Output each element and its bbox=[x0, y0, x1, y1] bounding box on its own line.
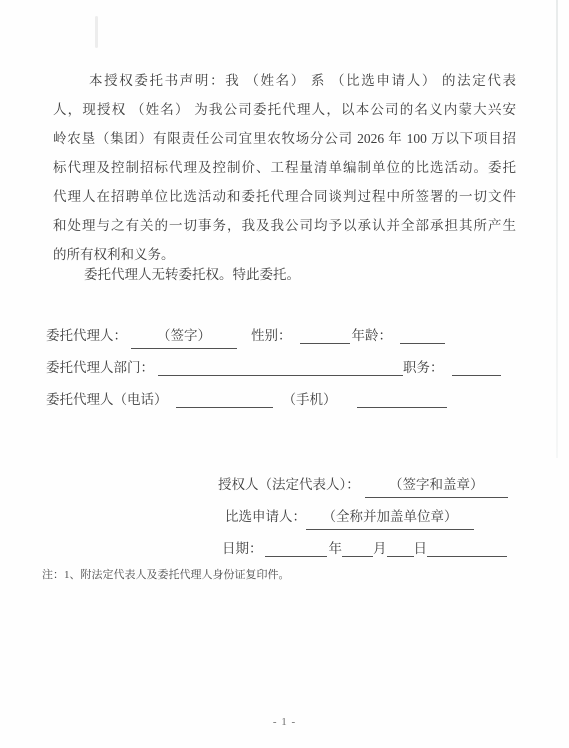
page-number: - 1 - bbox=[0, 716, 569, 728]
scan-artifact-smudge bbox=[95, 16, 98, 48]
month-blank bbox=[342, 541, 373, 557]
authorizer-signature-blank: （签字和盖章） bbox=[365, 474, 508, 498]
statement-line: 岭农垦（集团）有限责任公司宜里农牧场分公司 2026 年 100 万以下项目招 bbox=[53, 124, 516, 153]
closing-line: 委托代理人无转委托权。特此委托。 bbox=[84, 265, 300, 285]
department-blank bbox=[158, 360, 403, 376]
applicant-seal-blank: （全称并加盖单位章） bbox=[306, 506, 474, 530]
authorizer-label: 授权人（法定代表人）： bbox=[218, 477, 360, 492]
statement-line: 标代理及控制招标代理及控制价、工程量清单编制单位的比选活动。委托 bbox=[53, 153, 516, 182]
age-blank bbox=[400, 328, 445, 344]
authorizer-row: 授权人（法定代表人）：（签字和盖章） bbox=[218, 474, 508, 496]
date-row: 日期：年月日 bbox=[222, 538, 507, 560]
applicant-label: 比选申请人： bbox=[225, 509, 306, 524]
statement-line: 代理人在招聘单位比选活动和委托代理合同谈判过程中所签署的一切文件 bbox=[53, 182, 516, 211]
statement-line: 人，现授权 （姓名） 为我公司委托代理人，以本公司的名义内蒙大兴安 bbox=[53, 95, 516, 124]
year-label: 年 bbox=[329, 541, 343, 556]
agent-label: 委托代理人： bbox=[46, 328, 127, 343]
document-page: 本授权委托书声明：我 （姓名） 系 （比选申请人） 的法定代表 人，现授权 （姓… bbox=[0, 0, 569, 748]
gender-label: 性别： bbox=[251, 328, 292, 343]
mobile-blank bbox=[357, 392, 447, 408]
duty-label: 职务： bbox=[403, 360, 444, 375]
agent-row: 委托代理人：（签字）性别：年龄： bbox=[46, 325, 445, 347]
statement-line: 和处理与之有关的一切事务，我及我公司均予以承认并全部承担其所产生 bbox=[53, 211, 516, 240]
gender-blank bbox=[300, 328, 350, 344]
phone-label: 委托代理人（电话） bbox=[46, 392, 168, 407]
mobile-label: （手机） bbox=[283, 392, 337, 407]
authorizer-blank-hint: （签字和盖章） bbox=[389, 477, 484, 492]
phone-blank bbox=[176, 392, 273, 408]
phone-row: 委托代理人（电话）（手机） bbox=[46, 389, 447, 411]
day-label: 日 bbox=[414, 541, 428, 556]
department-row: 委托代理人部门：职务： bbox=[46, 357, 501, 379]
scan-artifact-line bbox=[556, 0, 558, 458]
date-extra-blank bbox=[427, 541, 507, 557]
agent-signature-blank: （签字） bbox=[131, 325, 237, 349]
date-label: 日期： bbox=[222, 541, 263, 556]
year-blank bbox=[265, 541, 327, 557]
authorization-statement: 本授权委托书声明：我 （姓名） 系 （比选申请人） 的法定代表 人，现授权 （姓… bbox=[53, 66, 516, 269]
day-blank bbox=[387, 541, 414, 557]
applicant-blank-hint: （全称并加盖单位章） bbox=[323, 509, 458, 524]
age-label: 年龄： bbox=[352, 328, 393, 343]
applicant-row: 比选申请人：（全称并加盖单位章） bbox=[225, 506, 474, 528]
month-label: 月 bbox=[373, 541, 387, 556]
footnote: 注：1、附法定代表人及委托代理人身份证复印件。 bbox=[42, 566, 290, 582]
duty-blank bbox=[452, 360, 501, 376]
statement-line: 本授权委托书声明：我 （姓名） 系 （比选申请人） 的法定代表 bbox=[53, 66, 516, 95]
department-label: 委托代理人部门： bbox=[46, 360, 154, 375]
agent-blank-hint: （签字） bbox=[157, 328, 211, 343]
